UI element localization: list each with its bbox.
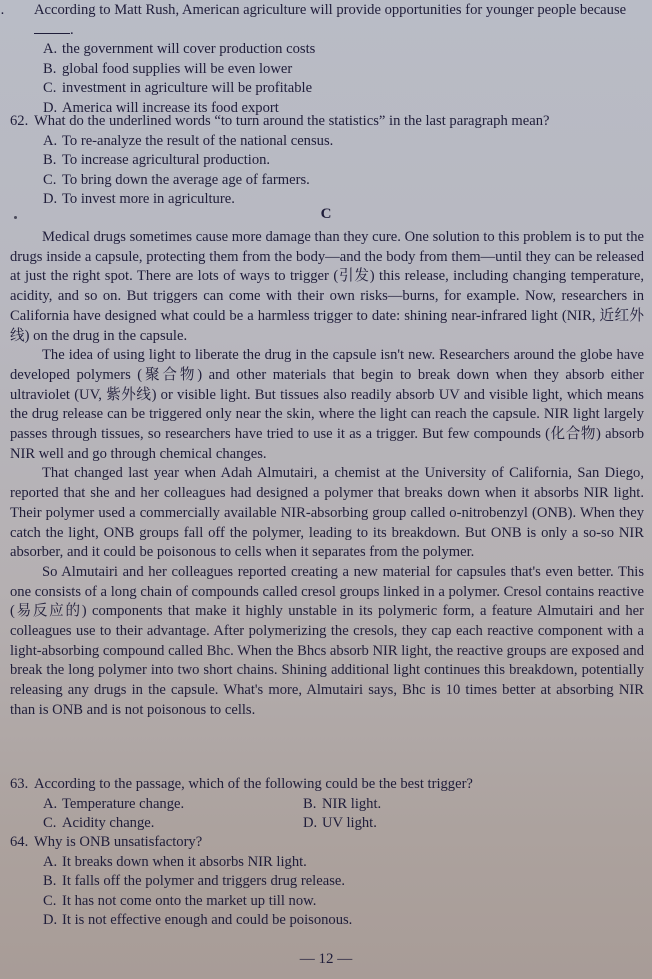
- question-64: 64.Why is ONB unsatisfactory? A.It break…: [10, 833, 646, 931]
- passage-paragraph-1: Medical drugs sometimes cause more damag…: [10, 228, 644, 346]
- question-number: 61.: [10, 1, 34, 21]
- option-label: C.: [43, 814, 62, 834]
- option-text: Acidity change.: [62, 815, 154, 831]
- answer-blank: [34, 21, 70, 34]
- option-text: To increase agricultural production.: [62, 152, 270, 168]
- question-stem: 61.According to Matt Rush, American agri…: [10, 1, 646, 40]
- passage-paragraph-4: So Almutairi and her colleagues reported…: [10, 563, 644, 721]
- exam-page: 61.According to Matt Rush, American agri…: [0, 0, 652, 979]
- option-text: It falls off the polymer and triggers dr…: [62, 873, 345, 889]
- option-text: It is not effective enough and could be …: [62, 912, 352, 928]
- option-c: C.To bring down the average age of farme…: [10, 171, 646, 191]
- option-label: B.: [303, 795, 322, 815]
- option-text: To re-analyze the result of the national…: [62, 133, 333, 149]
- option-text: the government will cover production cos…: [62, 41, 315, 57]
- option-label: B.: [43, 151, 62, 171]
- option-text: To bring down the average age of farmers…: [62, 172, 310, 188]
- option-label: C.: [43, 79, 62, 99]
- option-c: C.It has not come onto the market up til…: [10, 892, 646, 912]
- option-label: B.: [43, 872, 62, 892]
- option-text: It breaks down when it absorbs NIR light…: [62, 854, 307, 870]
- question-text: Why is ONB unsatisfactory?: [34, 834, 202, 850]
- option-label: D.: [303, 814, 322, 834]
- option-label: A.: [43, 132, 62, 152]
- option-label: D.: [43, 911, 62, 931]
- question-62: 62.What do the underlined words “to turn…: [10, 112, 646, 210]
- option-d: D.UV light.: [303, 814, 603, 834]
- option-b: B.To increase agricultural production.: [10, 151, 646, 171]
- question-text: According to the passage, which of the f…: [34, 776, 473, 792]
- option-label: C.: [43, 892, 62, 912]
- option-text: NIR light.: [322, 796, 381, 812]
- question-number: 64.: [10, 833, 34, 853]
- option-d: D.It is not effective enough and could b…: [10, 911, 646, 931]
- question-number: 62.: [10, 112, 34, 132]
- option-label: A.: [43, 795, 62, 815]
- options-grid: A.Temperature change. B.NIR light. C.Aci…: [10, 795, 646, 834]
- option-label: C.: [43, 171, 62, 191]
- option-text: It has not come onto the market up till …: [62, 893, 316, 909]
- page-number: — 12 —: [0, 950, 652, 970]
- passage-paragraph-3: That changed last year when Adah Almutai…: [10, 464, 644, 563]
- question-text: According to Matt Rush, American agricul…: [34, 2, 626, 18]
- option-c: C.Acidity change.: [43, 814, 303, 834]
- question-stem: 63.According to the passage, which of th…: [10, 775, 646, 795]
- option-text: Temperature change.: [62, 796, 184, 812]
- question-number: 63.: [10, 775, 34, 795]
- option-label: A.: [43, 40, 62, 60]
- option-a: A.It breaks down when it absorbs NIR lig…: [10, 853, 646, 873]
- option-b: B.global food supplies will be even lowe…: [10, 60, 646, 80]
- option-a: A.To re-analyze the result of the nation…: [10, 132, 646, 152]
- question-stem: 64.Why is ONB unsatisfactory?: [10, 833, 646, 853]
- question-63: 63.According to the passage, which of th…: [10, 775, 646, 834]
- question-text: What do the underlined words “to turn ar…: [34, 113, 549, 129]
- option-b: B.It falls off the polymer and triggers …: [10, 872, 646, 892]
- print-speck: [14, 216, 17, 219]
- reading-passage: Medical drugs sometimes cause more damag…: [10, 228, 644, 721]
- option-c: C.investment in agriculture will be prof…: [10, 79, 646, 99]
- option-a: A.Temperature change.: [43, 795, 303, 815]
- passage-paragraph-2: The idea of using light to liberate the …: [10, 346, 644, 464]
- option-text: investment in agriculture will be profit…: [62, 80, 312, 96]
- option-b: B.NIR light.: [303, 795, 603, 815]
- question-text-end: .: [70, 22, 74, 38]
- option-text: global food supplies will be even lower: [62, 61, 292, 77]
- option-a: A.the government will cover production c…: [10, 40, 646, 60]
- option-label: B.: [43, 60, 62, 80]
- question-stem: 62.What do the underlined words “to turn…: [10, 112, 646, 132]
- option-label: A.: [43, 853, 62, 873]
- section-heading: C: [0, 205, 652, 225]
- option-text: UV light.: [322, 815, 377, 831]
- question-61: 61.According to Matt Rush, American agri…: [10, 1, 646, 119]
